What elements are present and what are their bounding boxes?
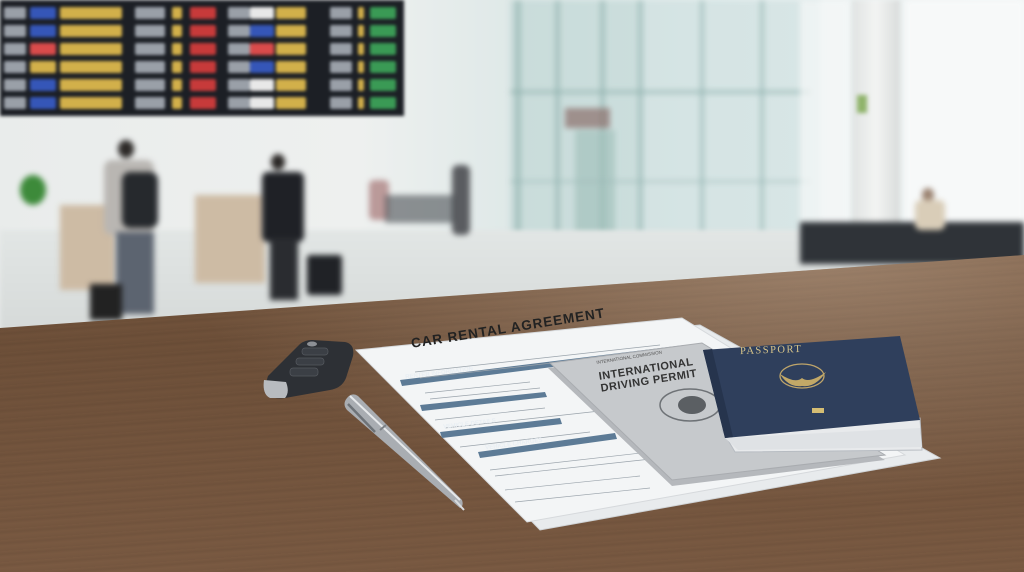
silver-pen: [0, 0, 1024, 572]
airport-scene: CAR RENTAL AGREEMENT RENTER INFORMATION …: [0, 0, 1024, 572]
